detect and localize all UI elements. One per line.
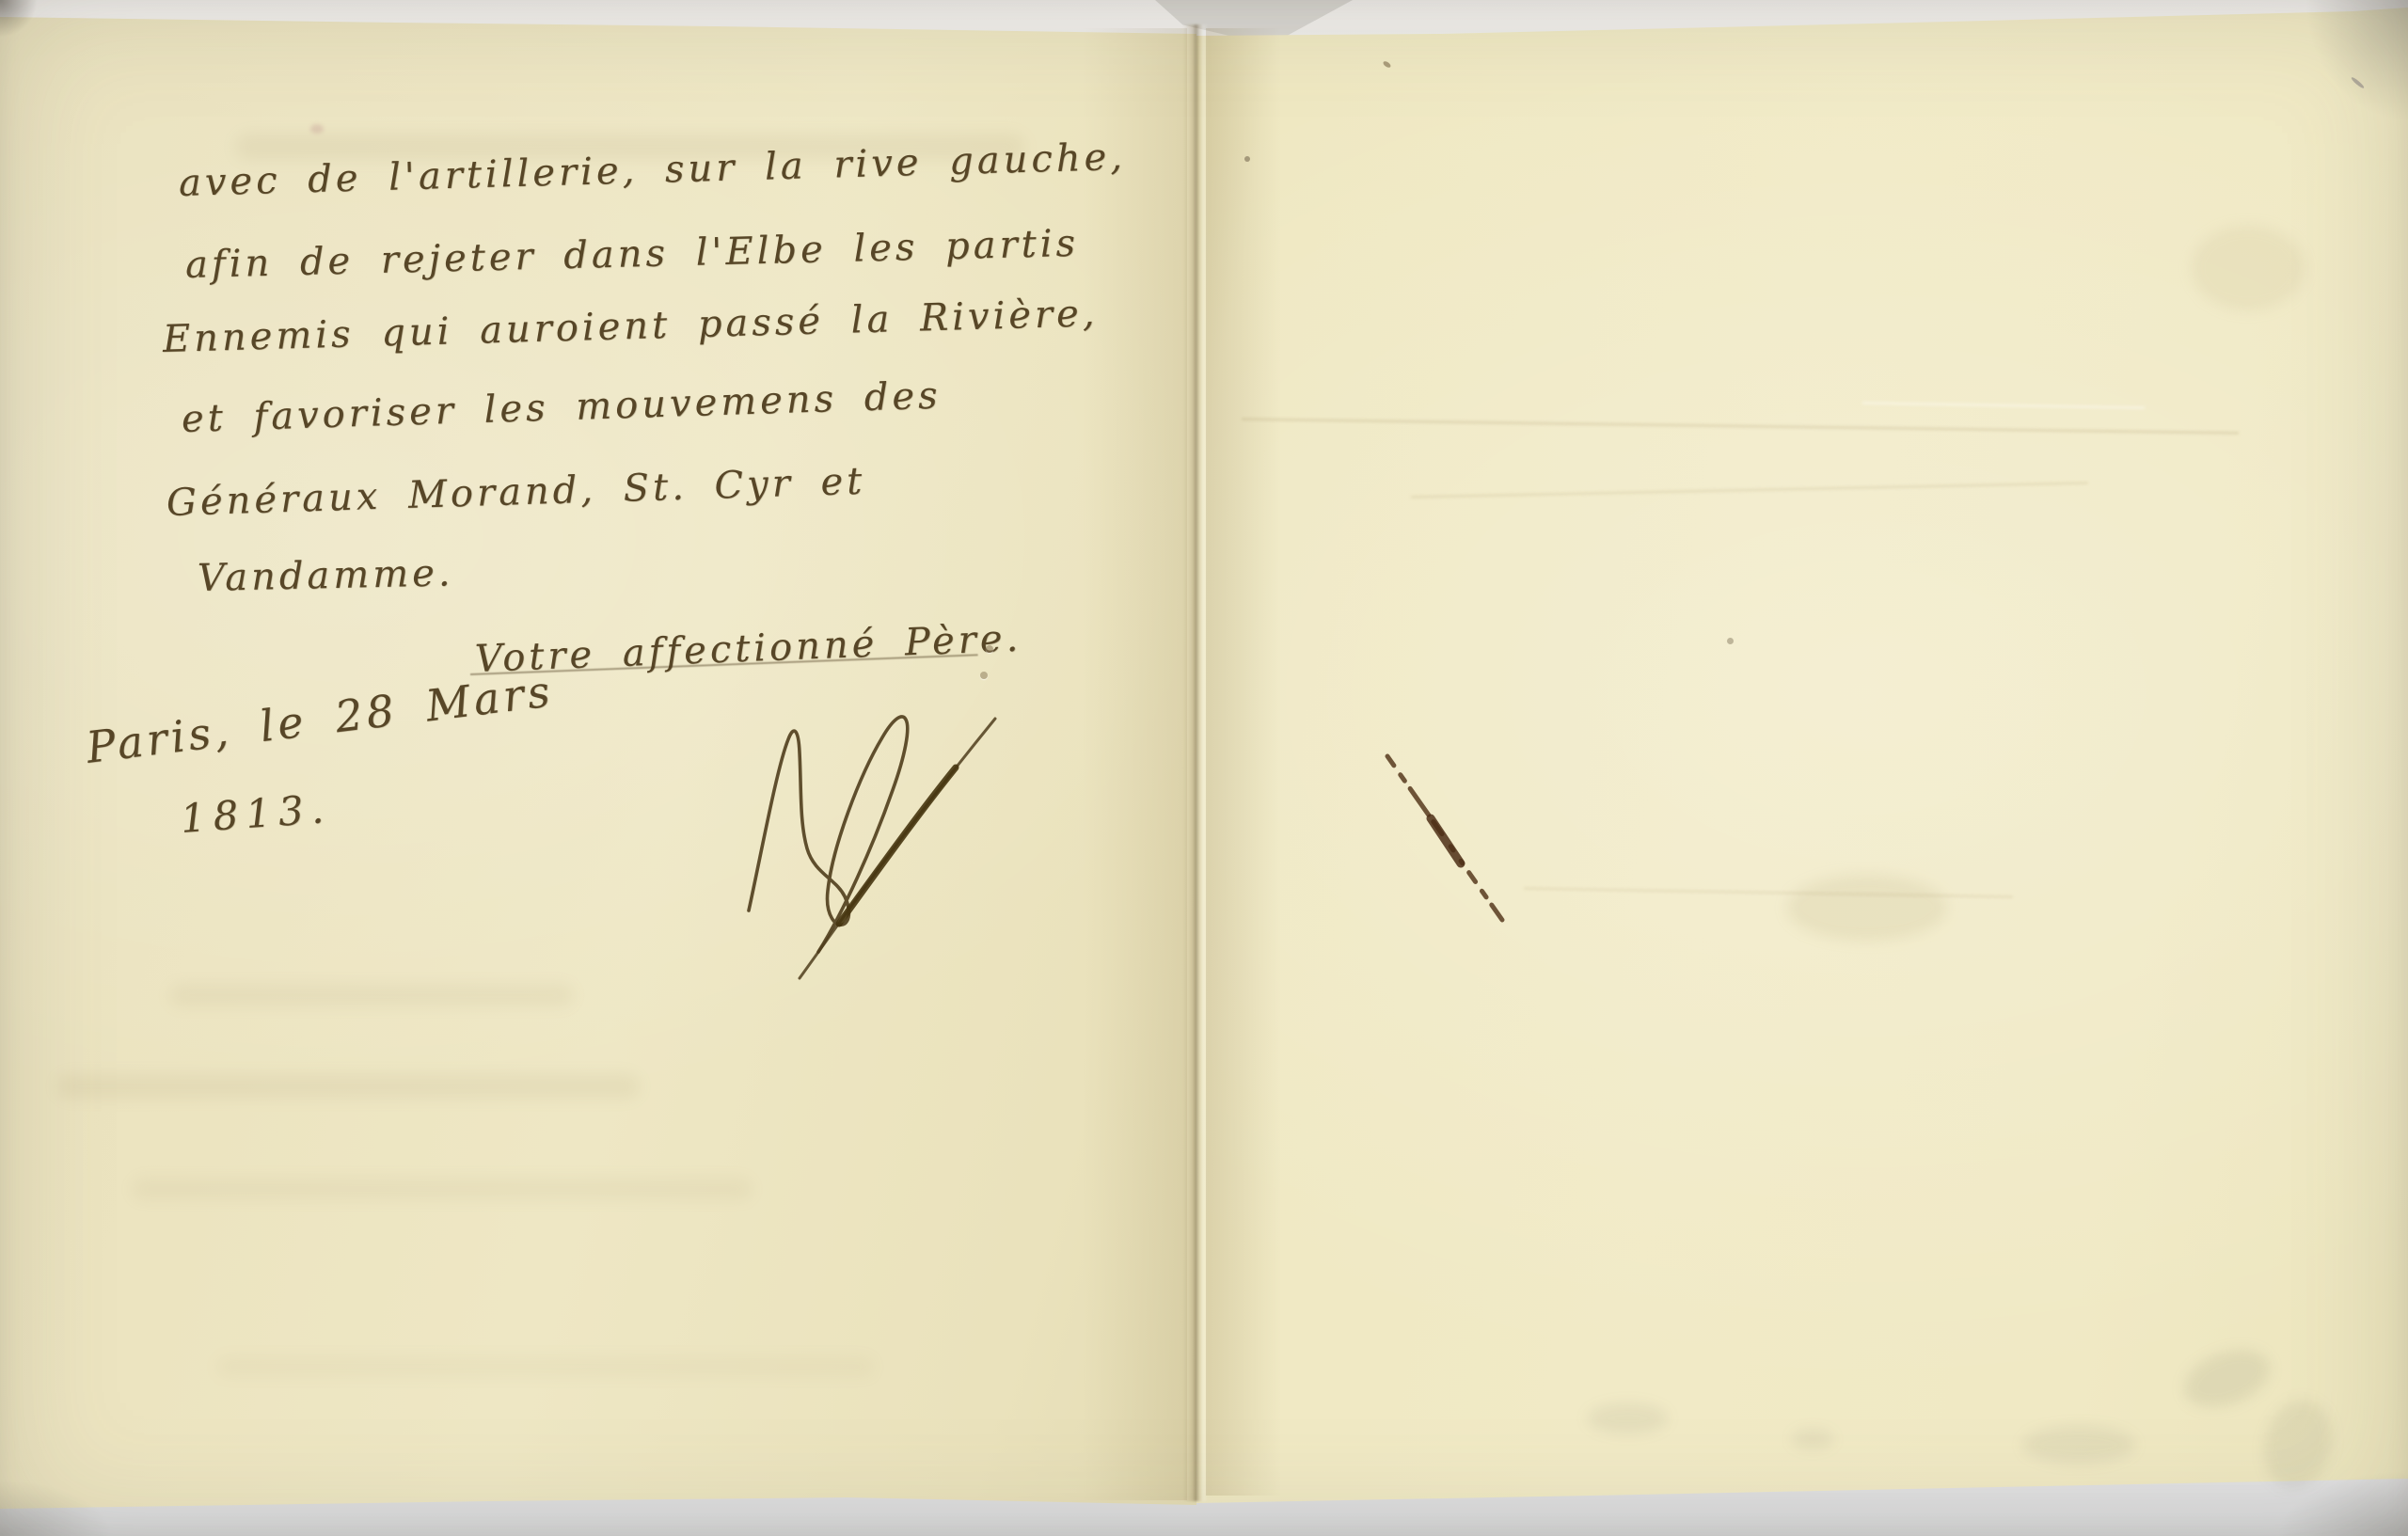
right-page-fold-shading [1206, 28, 1281, 1496]
paper-speck [1244, 156, 1250, 162]
pinhole [980, 672, 988, 679]
ink-scratch-mark [1369, 743, 1529, 941]
napoleon-signature-paraph [707, 698, 1022, 1003]
show-through-stripe [56, 1074, 640, 1099]
paper-smudge [1588, 1403, 1668, 1433]
manuscript-line: Vandamme. [198, 551, 454, 600]
show-through-stripe [132, 1178, 752, 1200]
letter-photograph: avec de l'artillerie, sur la rive gauche… [0, 0, 2408, 1536]
left-page-fold-shading [1082, 28, 1187, 1500]
pinhole [986, 645, 993, 653]
paper-smudge [2022, 1426, 2135, 1464]
page-fold [1183, 24, 1208, 1501]
show-through-stripe [216, 1356, 875, 1377]
paper-smudge [1792, 1430, 1833, 1449]
paper-stain [2192, 226, 2305, 310]
faint-red-spot [310, 124, 324, 134]
paper-speck [1727, 638, 1734, 644]
show-through-stripe [169, 984, 574, 1006]
paper-stain [1787, 875, 1947, 941]
